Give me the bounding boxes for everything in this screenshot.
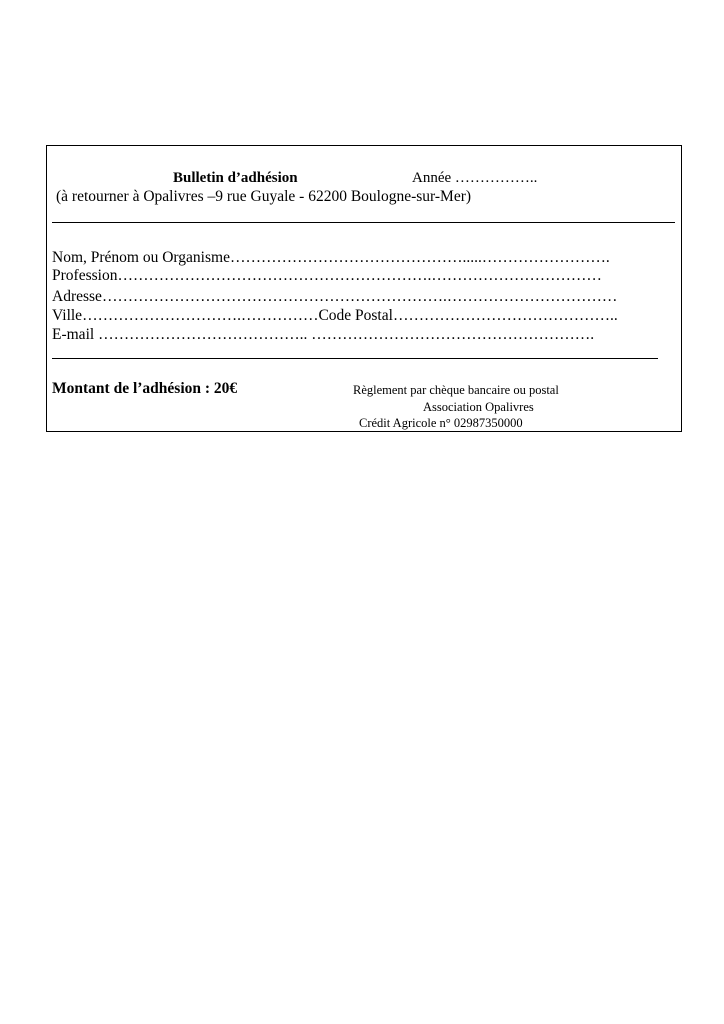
postal-code-label: Code Postal xyxy=(318,307,393,324)
profession-field[interactable]: Profession…………………………………………………….………………………… xyxy=(52,267,602,285)
payee-name: Association Opalivres xyxy=(423,400,534,415)
email-line[interactable]: ………………………………….. ………………………………………………. xyxy=(94,326,594,343)
year-field[interactable]: Année …………….. xyxy=(412,170,537,187)
bank-account: Crédit Agricole n° 02987350000 xyxy=(359,416,523,431)
payment-method: Règlement par chèque bancaire ou postal xyxy=(353,383,559,398)
address-label: Adresse xyxy=(52,288,102,305)
profession-line[interactable]: …………………………………………………….…………………………… xyxy=(117,267,601,284)
profession-label: Profession xyxy=(52,267,117,284)
email-field[interactable]: E-mail ………………………………….. ……………………………………………… xyxy=(52,326,594,344)
form-title: Bulletin d’adhésion xyxy=(173,170,298,187)
address-field[interactable]: Adresse………………………………………………………….…………………………… xyxy=(52,288,617,306)
city-postal-field[interactable]: Ville………………………….……………Code Postal……………………… xyxy=(52,307,618,325)
email-label: E-mail xyxy=(52,326,94,343)
name-line[interactable]: ……………………………………….....……………………. xyxy=(230,249,610,266)
name-label: Nom, Prénom ou Organisme xyxy=(52,249,230,266)
name-field[interactable]: Nom, Prénom ou Organisme……………………………………….… xyxy=(52,249,610,267)
city-label: Ville xyxy=(52,307,82,324)
divider-top xyxy=(52,222,675,223)
postal-code-line[interactable]: …………………………………….. xyxy=(393,307,618,324)
return-address: (à retourner à Opalivres –9 rue Guyale -… xyxy=(56,188,471,206)
divider-bottom xyxy=(52,358,658,359)
city-line[interactable]: ………………………….…………… xyxy=(82,307,318,324)
address-line[interactable]: ………………………………………………………….…………………………… xyxy=(102,288,617,305)
membership-amount: Montant de l’adhésion : 20€ xyxy=(52,380,237,398)
